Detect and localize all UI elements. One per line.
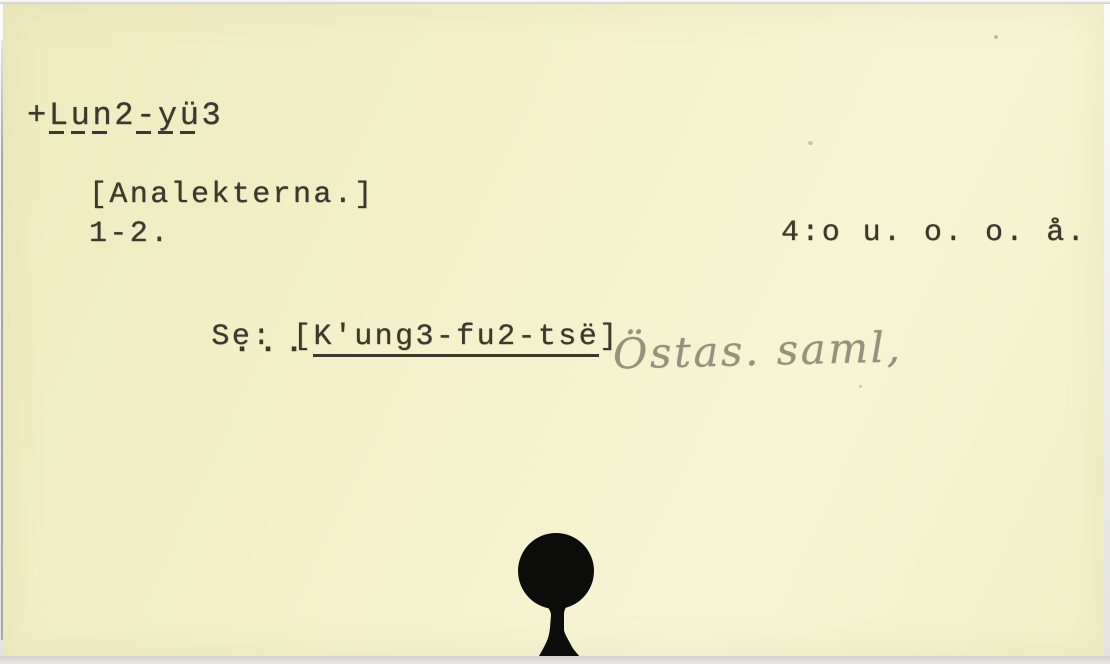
card-heading: +Lun2-yü3 <box>27 100 223 132</box>
heading-char: 2 <box>114 97 136 134</box>
see-target: K'ung3-fu2-tsë <box>313 320 599 357</box>
see-reference-line: Se: [K'ung3-fu2-tsë] <box>89 292 620 382</box>
scan-speck <box>859 385 862 388</box>
scan-edge-bottom <box>0 656 1110 664</box>
heading-char: u <box>71 97 93 134</box>
heading-char: n <box>92 97 114 134</box>
heading-char: - <box>136 97 158 134</box>
title-line: [Analekterna.] <box>89 180 375 210</box>
scanned-card-image: +Lun2-yü3 [Analekterna.] 1-2. 4:o u. o. … <box>0 0 1110 664</box>
heading-char: 3 <box>202 97 224 134</box>
scan-speck <box>994 35 998 39</box>
handwritten-note: Östas. saml, <box>613 326 903 375</box>
heading-char: + <box>27 97 49 134</box>
heading-char: y <box>158 97 180 134</box>
scan-edge-top <box>0 0 1110 4</box>
punch-circle <box>518 533 594 609</box>
volume-line: 1-2. <box>89 219 171 249</box>
scan-edge-left <box>1 40 3 640</box>
heading-char: L <box>49 97 71 134</box>
ellipsis-mark: ... <box>233 329 311 359</box>
heading-char: ü <box>180 97 202 134</box>
punch-hole <box>500 525 620 664</box>
format-note: 4:o u. o. o. å. <box>781 218 1087 248</box>
scan-speck <box>808 141 813 145</box>
